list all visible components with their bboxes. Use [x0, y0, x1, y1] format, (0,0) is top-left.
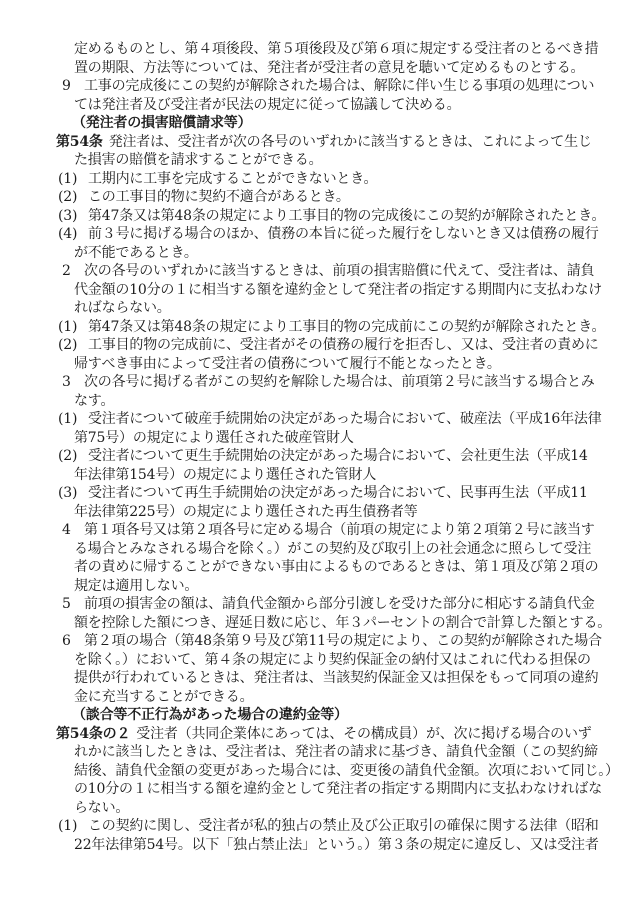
line-text: 年法律第154号）の規定により選任された管財人 — [74, 467, 376, 483]
line-text: 次の各号に掲げる者がこの契約を解除した場合は、前項第２号に該当する場合とみ — [84, 374, 595, 390]
doc-line: 規定は適用しない。 — [0, 577, 630, 596]
paragraph-number: 2 — [62, 262, 84, 281]
doc-line: (1)工期内に工事を完成することができないとき。 — [0, 170, 630, 189]
doc-line: 帰すべき事由によって受注者の債務について履行不能となったとき。 — [0, 355, 630, 374]
line-text: た損害の賠償を請求することができる。 — [74, 152, 322, 168]
doc-line: 結後、請負代金額の変更があった場合には、変更後の請負代金額。次項において同じ。） — [0, 762, 630, 781]
line-text: 規定は適用しない。 — [74, 578, 198, 594]
line-text: が不能であるとき。 — [74, 245, 198, 261]
article-number: 第54条の２ — [56, 726, 130, 742]
line-text: 工事目的物の完成前に、受注者がその債務の履行を拒否し、又は、受注者の責めに — [88, 337, 599, 353]
doc-line: 年法律第154号）の規定により選任された管財人 — [0, 466, 630, 485]
line-text: の10分の１に相当する額を違約金として発注者の指定する期間内に支払わなければな — [74, 781, 602, 797]
line-text: 代金額の10分の１に相当する額を違約金として発注者の指定する期間内に支払わなけ — [74, 282, 602, 298]
line-text: れかに該当したときは、受注者は、発注者の請求に基づき、請負代金額（この契約締 — [74, 744, 598, 760]
item-number: (1) — [58, 170, 88, 189]
doc-line: (1)受注者について破産手続開始の決定があった場合において、破産法（平成16年法… — [0, 410, 630, 429]
doc-line: 額を控除した額につき、遅延日数に応じ、年３パーセントの割合で計算した額とする。 — [0, 614, 630, 633]
doc-line: （談合等不正行為があった場合の違約金等） — [0, 706, 630, 725]
doc-line: れかに該当したときは、受注者は、発注者の請求に基づき、請負代金額（この契約締 — [0, 743, 630, 762]
document-text-block: 定めるものとし、第４項後段、第５項後段及び第６項に規定する受注者のとるべき措置の… — [0, 0, 630, 854]
line-text: らない。 — [74, 800, 129, 816]
line-text: る場合とみなされる場合を除く。）がこの契約及び取引上の社会通念に照らして受注 — [74, 541, 591, 557]
line-text: 第１項各号又は第２項各号に定める場合（前項の規定により第２項第２号に該当す — [84, 522, 595, 538]
doc-line: (2)受注者について更生手続開始の決定があった場合において、会社更生法（平成14 — [0, 447, 630, 466]
line-text: 前３号に掲げる場合のほか、債務の本旨に従った履行をしないとき又は債務の履行 — [88, 226, 599, 242]
line-text: 前項の損害金の額は、請負代金額から部分引渡しを受けた部分に相応する請負代金 — [84, 596, 595, 612]
item-number: (2) — [58, 447, 88, 466]
doc-line: ては発注者及び受注者が民法の規定に従って協議して決める。 — [0, 96, 630, 115]
line-text: 第75号）の規定により選任された破産管財人 — [74, 430, 354, 446]
line-text: 第２項の場合（第48条第９号及び第11号の規定により、この契約が解除された場合 — [84, 633, 602, 649]
doc-line: た損害の賠償を請求することができる。 — [0, 151, 630, 170]
doc-line: (3)受注者について再生手続開始の決定があった場合において、民事再生法（平成11 — [0, 484, 630, 503]
doc-line: (2)工事目的物の完成前に、受注者がその債務の履行を拒否し、又は、受注者の責めに — [0, 336, 630, 355]
line-text: を除く。）において、第４条の規定により契約保証金の納付又はこれに代わる担保の — [74, 652, 591, 668]
line-text: 受注者について破産手続開始の決定があった場合において、破産法（平成16年法律 — [88, 411, 602, 427]
line-text: 工事の完成後にこの契約が解除された場合は、解除に伴い生じる事項の処理につい — [84, 78, 594, 94]
line-text: 定めるものとし、第４項後段、第５項後段及び第６項に規定する受注者のとるべき措 — [74, 41, 598, 57]
item-number: (2) — [58, 336, 88, 355]
item-number: (1) — [58, 318, 88, 337]
doc-line: 6第２項の場合（第48条第９号及び第11号の規定により、この契約が解除された場合 — [0, 632, 630, 651]
line-text: 結後、請負代金額の変更があった場合には、変更後の請負代金額。次項において同じ。） — [74, 763, 619, 779]
item-number: (1) — [58, 817, 88, 836]
item-number: (4) — [58, 225, 88, 244]
paragraph-number: 9 — [62, 77, 84, 96]
line-text: 提供が行われているときは、発注者は、当該契約保証金又は担保をもって同項の違約 — [74, 670, 598, 686]
doc-line: 第54条発注者は、受注者が次の各号のいずれかに該当するときは、これによって生じ — [0, 133, 630, 152]
doc-line: ればならない。 — [0, 299, 630, 318]
doc-line: 定めるものとし、第４項後段、第５項後段及び第６項に規定する受注者のとるべき措 — [0, 40, 630, 59]
item-number: (1) — [58, 410, 88, 429]
doc-line: 代金額の10分の１に相当する額を違約金として発注者の指定する期間内に支払わなけ — [0, 281, 630, 300]
line-text: 金に充当することができる。 — [74, 689, 253, 705]
doc-line: 4第１項各号又は第２項各号に定める場合（前項の規定により第２項第２号に該当す — [0, 521, 630, 540]
doc-line: 22年法律第54号。以下「独占禁止法」という。）第３条の規定に違反し、又は受注者 — [0, 836, 630, 855]
section-heading-text: （発注者の損害賠償請求等） — [72, 115, 251, 131]
line-text: 工期内に工事を完成することができないとき。 — [88, 171, 377, 187]
line-text: 年法律第225号）の規定により選任された再生債務者等 — [74, 504, 418, 520]
doc-line: 3次の各号に掲げる者がこの契約を解除した場合は、前項第２号に該当する場合とみ — [0, 373, 630, 392]
doc-line: (4)前３号に掲げる場合のほか、債務の本旨に従った履行をしないとき又は債務の履行 — [0, 225, 630, 244]
line-text: 受注者について再生手続開始の決定があった場合において、民事再生法（平成11 — [88, 485, 588, 501]
doc-line: 置の期限、方法等については、発注者が受注者の意見を聴いて定めるものとする。 — [0, 59, 630, 78]
doc-line: を除く。）において、第４条の規定により契約保証金の納付又はこれに代わる担保の — [0, 651, 630, 670]
line-text: 発注者は、受注者が次の各号のいずれかに該当するときは、これによって生じ — [109, 134, 592, 150]
line-text: 22年法律第54号。以下「独占禁止法」という。）第３条の規定に違反し、又は受注者 — [74, 837, 599, 853]
paragraph-number: 3 — [62, 373, 84, 392]
doc-line: （発注者の損害賠償請求等） — [0, 114, 630, 133]
line-text: 次の各号のいずれかに該当するときは、前項の損害賠償に代えて、受注者は、請負 — [84, 263, 594, 279]
doc-line: の10分の１に相当する額を違約金として発注者の指定する期間内に支払わなければな — [0, 780, 630, 799]
doc-line: 提供が行われているときは、発注者は、当該契約保証金又は担保をもって同項の違約 — [0, 669, 630, 688]
line-text: この工事目的物に契約不適合があるとき。 — [88, 189, 350, 205]
doc-line: 第75号）の規定により選任された破産管財人 — [0, 429, 630, 448]
line-text: 額を控除した額につき、遅延日数に応じ、年３パーセントの割合で計算した額とする。 — [74, 615, 611, 631]
paragraph-number: 4 — [62, 521, 84, 540]
line-text: ては発注者及び受注者が民法の規定に従って協議して決める。 — [74, 97, 460, 113]
document-page: 定めるものとし、第４項後段、第５項後段及び第６項に規定する受注者のとるべき措置の… — [0, 0, 630, 903]
doc-line: (3)第47条又は第48条の規定により工事目的物の完成後にこの契約が解除されたと… — [0, 207, 630, 226]
line-text: 者の責めに帰することができない事由によるものであるときは、第１項及び第２項の — [74, 559, 598, 575]
article-number: 第54条 — [56, 134, 103, 150]
doc-line: 5前項の損害金の額は、請負代金額から部分引渡しを受けた部分に相応する請負代金 — [0, 595, 630, 614]
doc-line: 年法律第225号）の規定により選任された再生債務者等 — [0, 503, 630, 522]
item-number: (3) — [58, 484, 88, 503]
doc-line: (1)第47条又は第48条の規定により工事目的物の完成前にこの契約が解除されたと… — [0, 318, 630, 337]
doc-line: (1)この契約に関し、受注者が私的独占の禁止及び公正取引の確保に関する法律（昭和 — [0, 817, 630, 836]
doc-line: 2次の各号のいずれかに該当するときは、前項の損害賠償に代えて、受注者は、請負 — [0, 262, 630, 281]
line-text: 第47条又は第48条の規定により工事目的物の完成後にこの契約が解除されたとき。 — [88, 208, 605, 224]
doc-line: らない。 — [0, 799, 630, 818]
paragraph-number: 5 — [62, 595, 84, 614]
line-text: ればならない。 — [74, 300, 171, 316]
doc-line: 金に充当することができる。 — [0, 688, 630, 707]
doc-line: 第54条の２受注者（共同企業体にあっては、その構成員）が、次に掲げる場合のいず — [0, 725, 630, 744]
line-text: 受注者（共同企業体にあっては、その構成員）が、次に掲げる場合のいず — [136, 726, 591, 742]
doc-line: 9工事の完成後にこの契約が解除された場合は、解除に伴い生じる事項の処理につい — [0, 77, 630, 96]
item-number: (3) — [58, 207, 88, 226]
doc-line: (2)この工事目的物に契約不適合があるとき。 — [0, 188, 630, 207]
section-heading-text: （談合等不正行為があった場合の違約金等） — [72, 707, 348, 723]
line-text: この契約に関し、受注者が私的独占の禁止及び公正取引の確保に関する法律（昭和 — [88, 818, 599, 834]
line-text: 第47条又は第48条の規定により工事目的物の完成前にこの契約が解除されたとき。 — [88, 319, 605, 335]
doc-line: なす。 — [0, 392, 630, 411]
line-text: 受注者について更生手続開始の決定があった場合において、会社更生法（平成14 — [88, 448, 588, 464]
doc-line: る場合とみなされる場合を除く。）がこの契約及び取引上の社会通念に照らして受注 — [0, 540, 630, 559]
doc-line: が不能であるとき。 — [0, 244, 630, 263]
doc-line: 者の責めに帰することができない事由によるものであるときは、第１項及び第２項の — [0, 558, 630, 577]
item-number: (2) — [58, 188, 88, 207]
line-text: 置の期限、方法等については、発注者が受注者の意見を聴いて定めるものとする。 — [74, 60, 584, 76]
line-text: 帰すべき事由によって受注者の債務について履行不能となったとき。 — [74, 356, 501, 372]
paragraph-number: 6 — [62, 632, 84, 651]
line-text: なす。 — [74, 393, 114, 409]
